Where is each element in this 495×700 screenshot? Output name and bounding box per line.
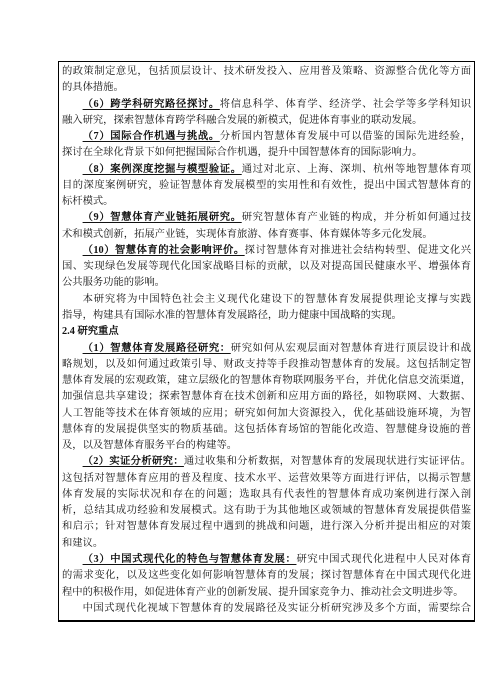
text-line: （10）智慧体育的社会影响评价。探讨智慧体育对推进社会结构转型、促进文化兴 (62, 243, 471, 259)
text-line: （9）智慧体育产业链拓展研究。研究智慧体育产业链的构成，并分析如何通过技 (62, 210, 471, 226)
text-line: 探讨在全球化背景下如何把握国际合作机遇，提升中国智慧体育的国际影响力。 (62, 145, 471, 161)
run-in-heading-text: 2.4 研究重点 (62, 326, 119, 337)
text-line: 本研究将为中国特色社会主义现代化建设下的智慧体育发展提供理论支撑与实践 (62, 292, 471, 308)
body-text: 研究中国式现代化进程中人民对体育 (296, 554, 471, 565)
body-text: 将信息科学、体育学、经济学、社会学等多学科知识 (220, 99, 471, 110)
body-text: 探讨在全球化背景下如何把握国际合作机遇，提升中国智慧体育的国际影响力。 (62, 147, 422, 158)
body-text: 这包括对智慧体育应用的普及程度、技术水平、运营效果等方面进行评估，以揭示智慧 (62, 473, 471, 484)
body-text: 研究智慧体育产业链的构成，并分析如何通过技 (242, 212, 471, 223)
text-line: （1）智慧体育发展路径研究：研究如何从宏观层面对智慧体育进行顶层设计和战 (62, 341, 471, 357)
body-text: 融入研究，探索智慧体育跨学科融合发展的新模式，促进体育事业的联动发展。 (62, 115, 422, 126)
document-page: 的政策制定意见，包括顶层设计、技术研发投入、应用普及策略、资源整合优化等方面的具… (0, 0, 495, 700)
text-line: 的政策制定意见，包括顶层设计、技术研发投入、应用普及策略、资源整合优化等方面 (62, 64, 471, 80)
text-line: 的需求变化，以及这些变化如何影响智慧体育的发展；探讨智慧体育在中国式现代化进 (62, 568, 471, 584)
text-line: （8）案例深度挖掘与模型验证。通过对北京、上海、深圳、杭州等地智慧体育项 (62, 162, 471, 178)
run-in-heading-text: （3）中国式现代化的特色与智慧体育发展： (83, 554, 297, 565)
text-line: 析，总结其成功经验和发展模式。这有助于为其他地区或领域的智慧体育发展提供借鉴 (62, 503, 471, 519)
text-line: 和启示；针对智慧体育发展过程中遇到的挑战和问题，进行深入分析并提出相应的对策 (62, 519, 471, 535)
text-line: 程中的积极作用，如促进体育产业的创新发展、提升国家竞争力、推动社会文明进步等。 (62, 585, 471, 601)
body-text: 指导，构建具有国际水准的智慧体育发展路径，助力健康中国战略的实现。 (62, 310, 402, 321)
body-text: 公共服务功能的影响。 (62, 277, 165, 288)
body-text: 分析国内智慧体育发展中可以借鉴的国际先进经验， (220, 131, 471, 142)
text-line: （2）实证分析研究：通过收集和分析数据，对智慧体育的发展现状进行实证评估。 (62, 454, 471, 470)
text-line: 融入研究，探索智慧体育跨学科融合发展的新模式，促进体育事业的联动发展。 (62, 113, 471, 129)
text-line: 中国式现代化视域下智慧体育的发展路径及实证分析研究涉及多个方面，需要综合 (62, 601, 471, 617)
body-text: 人工智能等技术在体育领域的应用；研究如何加大资源投入，优化基础设施环境，为智 (62, 408, 471, 419)
body-text: 略规划，以及如何通过政策引导、财政支持等手段推动智慧体育的发展。这包括制定智 (62, 359, 471, 370)
section-heading: 2.4 研究重点 (62, 324, 471, 340)
text-line: （3）中国式现代化的特色与智慧体育发展：研究中国式现代化进程中人民对体育 (62, 552, 471, 568)
run-in-heading-text: （7）国际合作机遇与挑战。 (83, 131, 220, 142)
text-line: 标杆模式。 (62, 194, 471, 210)
body-text: 国、实现绿色发展等现代化国家战略目标的贡献，以及对提高国民健康水平、增强体育 (62, 261, 471, 272)
body-text: 慧体育发展的宏观政策，建立层级化的智慧体育物联网服务平台，并优化信息交流渠道， (62, 375, 471, 386)
body-text: 探讨智慧体育对推进社会结构转型、促进文化兴 (245, 245, 471, 256)
text-line: 慧体育发展的宏观政策，建立层级化的智慧体育物联网服务平台，并优化信息交流渠道， (62, 373, 471, 389)
text-line: 略规划，以及如何通过政策引导、财政支持等手段推动智慧体育的发展。这包括制定智 (62, 357, 471, 373)
body-text: 和建议。 (62, 538, 103, 549)
body-text: 析，总结其成功经验和发展模式。这有助于为其他地区或领域的智慧体育发展提供借鉴 (62, 505, 471, 516)
text-line: 这包括对智慧体育应用的普及程度、技术水平、运营效果等方面进行评估，以揭示智慧 (62, 471, 471, 487)
text-line: 国、实现绿色发展等现代化国家战略目标的贡献，以及对提高国民健康水平、增强体育 (62, 259, 471, 275)
body-text: 本研究将为中国特色社会主义现代化建设下的智慧体育发展提供理论支撑与实践 (83, 294, 471, 305)
body-text: 及，以及智慧体育服务平台的构建等。 (62, 440, 237, 451)
text-line: 人工智能等技术在体育领域的应用；研究如何加大资源投入，优化基础设施环境，为智 (62, 406, 471, 422)
body-text: 通过收集和分析数据，对智慧体育的发展现状进行实证评估。 (184, 456, 471, 467)
text-line: 公共服务功能的影响。 (62, 275, 471, 291)
body-text: 的需求变化，以及这些变化如何影响智慧体育的发展；探讨智慧体育在中国式现代化进 (62, 570, 471, 581)
body-text: 体育发展的实际状况和存在的问题；选取具有代表性的智慧体育成功案例进行深入剖 (62, 489, 471, 500)
body-text: 和启示；针对智慧体育发展过程中遇到的挑战和问题，进行深入分析并提出相应的对策 (62, 521, 471, 532)
text-line: 加强信息共享建设；探索智慧体育在技术创新和应用方面的路径，如物联网、大数据、 (62, 389, 471, 405)
run-in-heading-text: （6）跨学科研究路径探讨。 (83, 99, 220, 110)
body-text: 慧体育的发展提供坚实的物质基础。这包括体育场馆的智能化改造、智慧健身设施的普 (62, 424, 471, 435)
body-text: 目的深度案例研究，验证智慧体育发展模型的实用性和有效性，提出中国式智慧体育的 (62, 180, 471, 191)
text-line: 慧体育的发展提供坚实的物质基础。这包括体育场馆的智能化改造、智慧健身设施的普 (62, 422, 471, 438)
body-text: 研究如何从宏观层面对智慧体育进行顶层设计和战 (231, 343, 471, 354)
text-line: 体育发展的实际状况和存在的问题；选取具有代表性的智慧体育成功案例进行深入剖 (62, 487, 471, 503)
run-in-heading-text: （8）案例深度挖掘与模型验证。 (83, 164, 242, 175)
text-line: 和建议。 (62, 536, 471, 552)
run-in-heading-text: （1）智慧体育发展路径研究： (83, 343, 231, 354)
text-line: 目的深度案例研究，验证智慧体育发展模型的实用性和有效性，提出中国式智慧体育的 (62, 178, 471, 194)
text-line: （7）国际合作机遇与挑战。分析国内智慧体育发展中可以借鉴的国际先进经验， (62, 129, 471, 145)
run-in-heading-text: （2）实证分析研究： (83, 456, 184, 467)
run-in-heading-text: （10）智慧体育的社会影响评价。 (83, 245, 245, 256)
body-text: 中国式现代化视域下智慧体育的发展路径及实证分析研究涉及多个方面，需要综合 (83, 603, 471, 614)
body-text: 加强信息共享建设；探索智慧体育在技术创新和应用方面的路径，如物联网、大数据、 (62, 391, 471, 402)
body-text: 标杆模式。 (62, 196, 113, 207)
text-line: 及，以及智慧体育服务平台的构建等。 (62, 438, 471, 454)
body-text: 通过对北京、上海、深圳、杭州等地智慧体育项 (242, 164, 471, 175)
body-text: 的政策制定意见，包括顶层设计、技术研发投入、应用普及策略、资源整合优化等方面 (62, 66, 471, 77)
text-line: 指导，构建具有国际水准的智慧体育发展路径，助力健康中国战略的实现。 (62, 308, 471, 324)
table-cell: 的政策制定意见，包括顶层设计、技术研发投入、应用普及策略、资源整合优化等方面的具… (58, 61, 475, 622)
body-text: 的具体措施。 (62, 82, 124, 93)
run-in-heading-text: （9）智慧体育产业链拓展研究。 (83, 212, 242, 223)
body-text: 术和模式创新，拓展产业链，实现体育旅游、体育赛事、体育媒体等多元化发展。 (62, 229, 433, 240)
text-line: （6）跨学科研究路径探讨。将信息科学、体育学、经济学、社会学等多学科知识 (62, 97, 471, 113)
text-line: 术和模式创新，拓展产业链，实现体育旅游、体育赛事、体育媒体等多元化发展。 (62, 227, 471, 243)
text-line: 的具体措施。 (62, 80, 471, 96)
text-block: 的政策制定意见，包括顶层设计、技术研发投入、应用普及策略、资源整合优化等方面的具… (62, 64, 471, 617)
body-text: 程中的积极作用，如促进体育产业的创新发展、提升国家竞争力、推动社会文明进步等。 (62, 587, 464, 598)
